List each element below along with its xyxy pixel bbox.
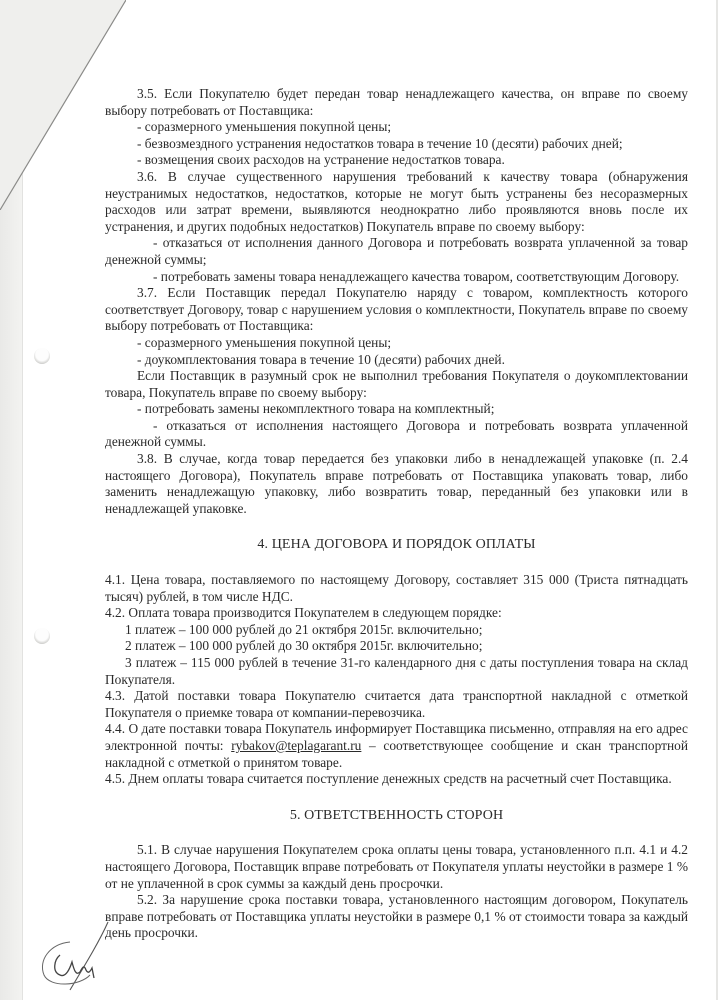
list-item: - отказаться от исполнения настоящего До…: [105, 418, 688, 451]
clause-5-1: 5.1. В случае нарушения Покупателем срок…: [105, 842, 688, 892]
clause-4-2: 4.2. Оплата товара производится Покупате…: [105, 605, 688, 622]
clause-4-5: 4.5. Днем оплаты товара считается поступ…: [105, 771, 688, 788]
section-5-heading: 5. ОТВЕТСТВЕННОСТЬ СТОРОН: [105, 808, 688, 825]
payment-item: 3 платеж – 115 000 рублей в течение 31-г…: [105, 655, 688, 688]
clause-3-8: 3.8. В случае, когда товар передается бе…: [105, 451, 688, 517]
clause-4-4: 4.4. О дате поставки товара Покупатель и…: [105, 721, 688, 771]
list-item: - потребовать замены некомплектного това…: [105, 401, 688, 418]
list-item: - отказаться от исполнения данного Догов…: [105, 235, 688, 268]
payment-item: 1 платеж – 100 000 рублей до 21 октября …: [105, 622, 688, 639]
list-item: - доукомплектования товара в течение 10 …: [105, 352, 688, 369]
page-right-edge: [716, 0, 718, 1000]
document-body: 3.5. Если Покупателю будет передан товар…: [105, 86, 688, 942]
clause-4-1: 4.1. Цена товара, поставляемого по насто…: [105, 572, 688, 605]
punch-hole-icon: [34, 348, 50, 364]
signature-icon: [30, 920, 140, 1000]
list-item: - потребовать замены товара ненадлежащег…: [105, 269, 688, 286]
list-item: - безвозмездного устранения недостатков …: [105, 136, 688, 153]
clause-3-7-followup: Если Поставщик в разумный срок не выполн…: [105, 368, 688, 401]
scanned-page: 3.5. Если Покупателю будет передан товар…: [0, 0, 726, 1000]
clause-3-7: 3.7. Если Поставщик передал Покупателю н…: [105, 285, 688, 335]
clause-5-2: 5.2. За нарушение срока поставки товара,…: [105, 892, 688, 942]
payment-item: 2 платеж – 100 000 рублей до 30 октября …: [105, 638, 688, 655]
list-item: - возмещения своих расходов на устранени…: [105, 152, 688, 169]
list-item: - соразмерного уменьшения покупной цены;: [105, 119, 688, 136]
punch-hole-icon: [34, 628, 50, 644]
list-item: - соразмерного уменьшения покупной цены;: [105, 335, 688, 352]
section-4-heading: 4. ЦЕНА ДОГОВОРА И ПОРЯДОК ОПЛАТЫ: [105, 537, 688, 554]
clause-4-3: 4.3. Датой поставки товара Покупателю сч…: [105, 688, 688, 721]
clause-3-5: 3.5. Если Покупателю будет передан товар…: [105, 86, 688, 119]
clause-3-6: 3.6. В случае существенного нарушения тр…: [105, 169, 688, 235]
email-link[interactable]: rybakov@teplagarant.ru: [231, 738, 361, 753]
